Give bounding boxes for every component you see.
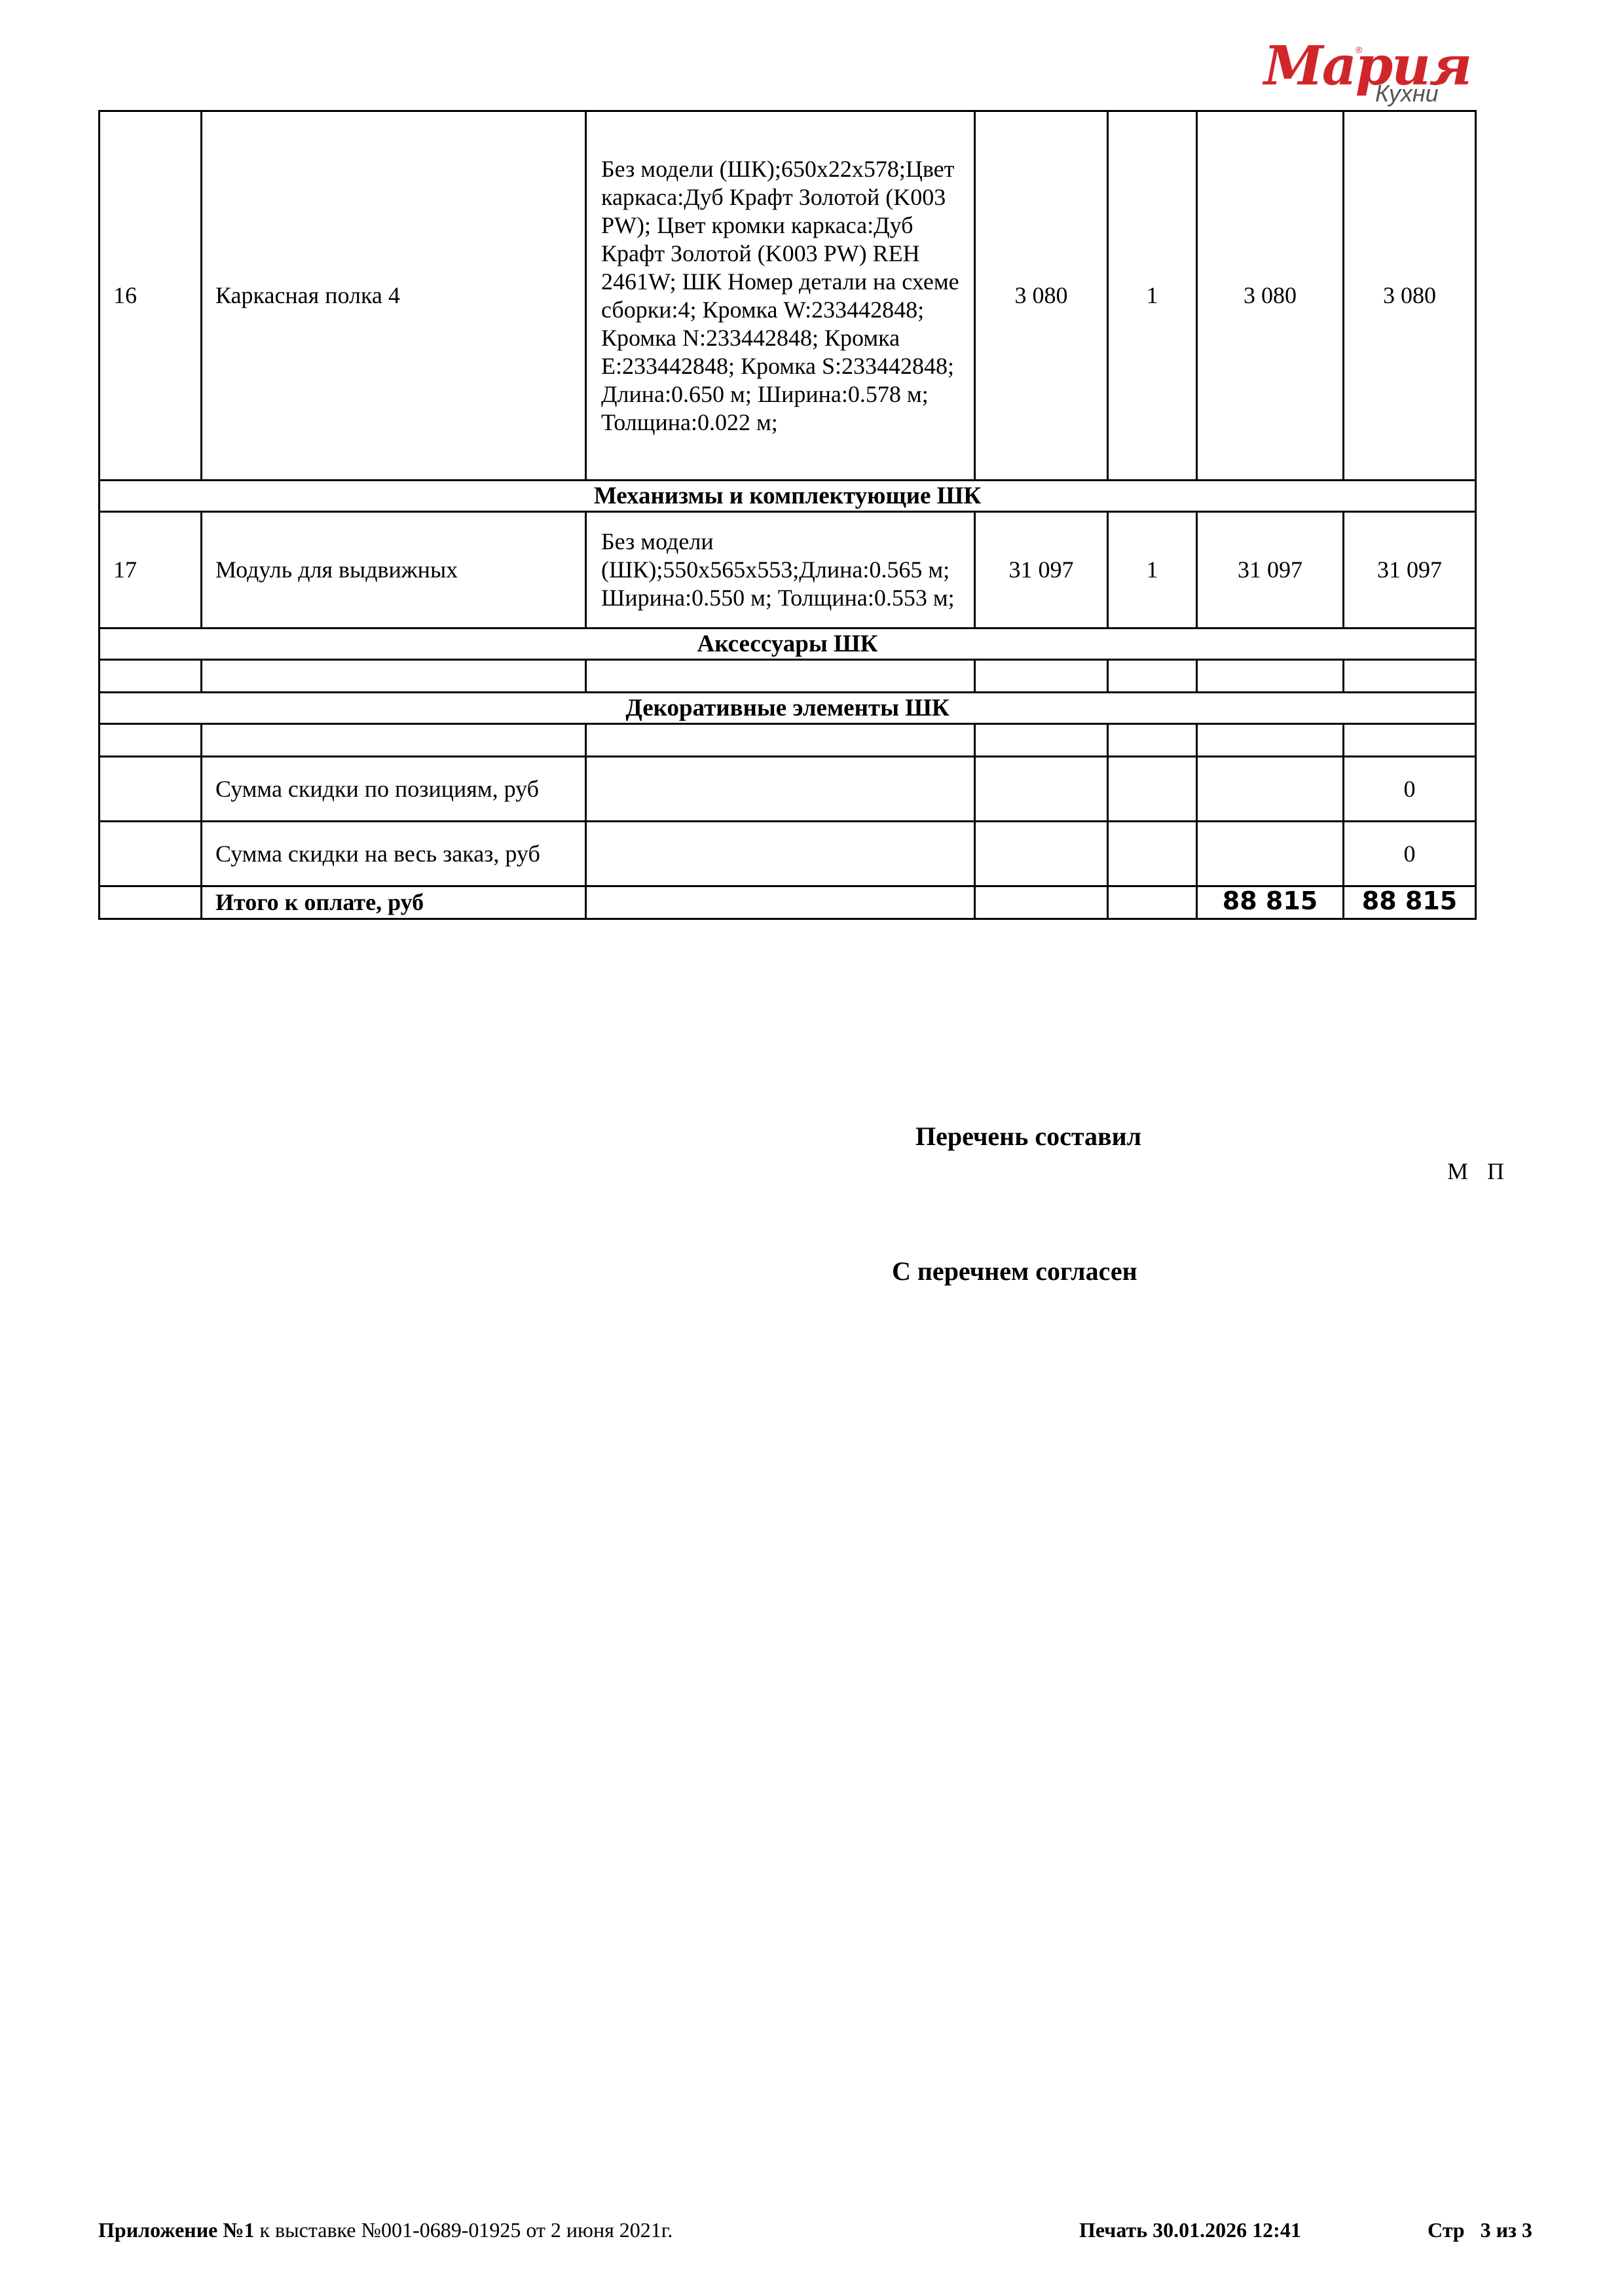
brand-name: Мария [1264,39,1471,93]
item-number: 16 [100,111,202,481]
empty-row [100,660,1476,693]
brand-subtitle: Кухни [1375,80,1439,107]
empty-cell [975,724,1108,757]
total-sum: 88 815 [1197,886,1344,919]
stamp-placeholder: М П [1447,1157,1511,1185]
discount-order-label: Сумма скидки на весь заказ, руб [202,822,586,886]
item-quantity: 1 [1108,111,1197,481]
item-total: 3 080 [1344,111,1476,481]
empty-cell [586,724,975,757]
discount-items-row: Сумма скидки по позициям, руб 0 [100,757,1476,822]
total-row: Итого к оплате, руб 88 815 88 815 [100,886,1476,919]
page-label: Стр [1428,2218,1465,2242]
section-row: Декоративные элементы ШК [100,693,1476,724]
empty-cell [586,822,975,886]
item-price: 3 080 [975,111,1108,481]
empty-cell [586,886,975,919]
item-sum: 3 080 [1197,111,1344,481]
item-description: Без модели (ШК);650x22x578;Цвет каркаса:… [586,111,975,481]
item-name: Модуль для выдвижных [202,512,586,629]
item-total: 31 097 [1344,512,1476,629]
agreed-label: С перечнем согласен [892,1256,1137,1286]
appendix-title: Приложение №1 [98,2218,255,2242]
footer-print-date: Печать 30.01.2026 12:41 [1079,2218,1301,2242]
empty-cell [975,660,1108,693]
section-title: Аксессуары ШК [100,629,1476,660]
appendix-reference: к выставке №001-0689-01925 от 2 июня 202… [255,2218,673,2242]
section-row: Механизмы и комплектующие ШК [100,481,1476,512]
empty-cell [1108,757,1197,822]
table-row: 16 Каркасная полка 4 Без модели (ШК);650… [100,111,1476,481]
section-title: Механизмы и комплектующие ШК [100,481,1476,512]
empty-cell [1108,822,1197,886]
total-value: 88 815 [1344,886,1476,919]
empty-cell [1108,886,1197,919]
item-sum: 31 097 [1197,512,1344,629]
section-title: Декоративные элементы ШК [100,693,1476,724]
empty-cell [586,660,975,693]
discount-order-row: Сумма скидки на весь заказ, руб 0 [100,822,1476,886]
empty-cell [586,757,975,822]
empty-row [100,724,1476,757]
brand-logo: Мария ® Кухни [1264,39,1513,111]
empty-cell [1344,724,1476,757]
item-price: 31 097 [975,512,1108,629]
empty-cell [202,660,586,693]
discount-items-value: 0 [1344,757,1476,822]
discount-order-value: 0 [1344,822,1476,886]
item-description: Без модели (ШК);550x565x553;Длина:0.565 … [586,512,975,629]
empty-cell [975,886,1108,919]
empty-cell [100,660,202,693]
footer-appendix: Приложение №1 к выставке №001-0689-01925… [98,2218,673,2242]
empty-cell [100,757,202,822]
empty-cell [100,822,202,886]
empty-cell [1344,660,1476,693]
total-label: Итого к оплате, руб [202,886,586,919]
page-info: 3 из 3 [1481,2218,1532,2242]
discount-items-label: Сумма скидки по позициям, руб [202,757,586,822]
empty-cell [1197,757,1344,822]
empty-cell [1108,724,1197,757]
item-name: Каркасная полка 4 [202,111,586,481]
item-quantity: 1 [1108,512,1197,629]
empty-cell [975,822,1108,886]
empty-cell [975,757,1108,822]
empty-cell [1108,660,1197,693]
empty-cell [100,886,202,919]
footer-page-number: Стр 3 из 3 [1428,2218,1532,2242]
empty-cell [1197,822,1344,886]
section-row: Аксессуары ШК [100,629,1476,660]
empty-cell [100,724,202,757]
specification-table: 16 Каркасная полка 4 Без модели (ШК);650… [98,110,1477,920]
registered-mark: ® [1356,45,1362,55]
empty-cell [1197,660,1344,693]
empty-cell [1197,724,1344,757]
compiled-by-label: Перечень составил [915,1121,1141,1152]
item-number: 17 [100,512,202,629]
table-row: 17 Модуль для выдвижных Без модели (ШК);… [100,512,1476,629]
empty-cell [202,724,586,757]
